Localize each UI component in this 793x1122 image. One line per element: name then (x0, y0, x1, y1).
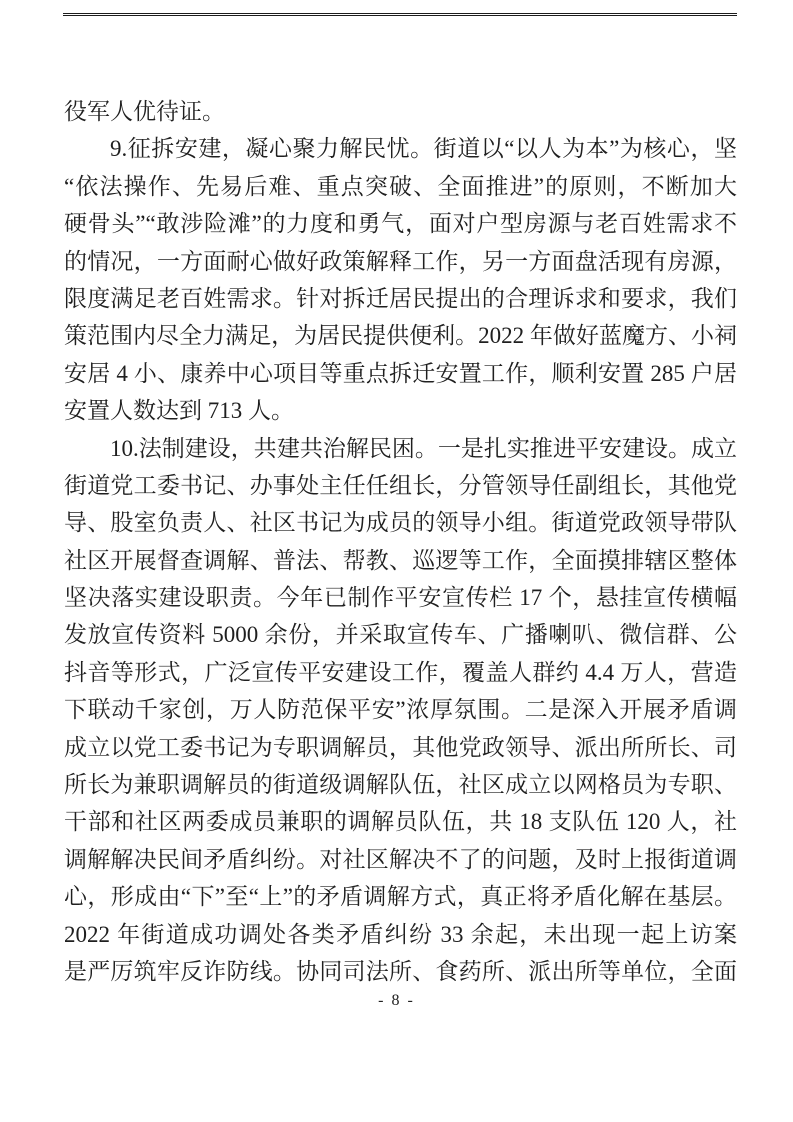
text-line: 导、股室负责人、社区书记为成员的领导小组。街道党政领导带队到各 (64, 504, 737, 541)
text-line: 的情况，一方面耐心做好政策解释工作，另一方面盘活现有房源，最大 (64, 243, 737, 280)
text-line: 9.征拆安建，凝心聚力解民忧。街道以“以人为本”为核心，坚持 (64, 130, 737, 167)
text-line: 街道党工委书记、办事处主任任组长，分管领导任副组长，其他党政领 (64, 467, 737, 504)
page-footer: - 8 - (0, 992, 793, 1010)
text-line: 硬骨头”“敢涉险滩”的力度和勇气，面对户型房源与老百姓需求不符 (64, 205, 737, 242)
text-line: 坚决落实建设职责。今年已制作平安宣传栏 17 个，悬挂宣传横幅 45 幅， (64, 579, 737, 616)
text-line: “依法操作、先易后难、重点突破、全面推进”的原则，不断加大“啃 (64, 168, 737, 205)
text-line: 是严厉筑牢反诈防线。协同司法所、食药所、派出所等单位，全面摸排 (64, 953, 737, 990)
text-line: 役军人优待证。 (64, 93, 737, 130)
text-line: 下联动千家创，万人防范保平安”浓厚氛围。二是深入开展矛盾调解。 (64, 691, 737, 728)
paragraph-item-9: 9.征拆安建，凝心聚力解民忧。街道以“以人为本”为核心，坚持“依法操作、先易后难… (64, 130, 737, 429)
text-line: 10.法制建设，共建共治解民困。一是扎实推进平安建设。成立了以 (64, 430, 737, 467)
text-line: 心，形成由“下”至“上”的矛盾调解方式，真正将矛盾化解在基层。 (64, 878, 737, 915)
paragraph-item-10: 10.法制建设，共建共治解民困。一是扎实推进平安建设。成立了以街道党工委书记、办… (64, 430, 737, 991)
paragraph-continuation: 役军人优待证。 (64, 93, 737, 130)
document-body: 役军人优待证。9.征拆安建，凝心聚力解民忧。街道以“以人为本”为核心，坚持“依法… (64, 93, 737, 990)
document-page: 役军人优待证。9.征拆安建，凝心聚力解民忧。街道以“以人为本”为核心，坚持“依法… (0, 0, 793, 1122)
text-line: 安居 4 小、康养中心项目等重点拆迁安置工作，顺利安置 285 户居民， (64, 355, 737, 392)
text-line: 安置人数达到 713 人。 (64, 392, 737, 429)
text-line: 社区开展督查调解、普法、帮教、巡逻等工作，全面摸排辖区整体情况， (64, 542, 737, 579)
text-line: 2022 年街道成功调处各类矛盾纠纷 33 余起，未出现一起上访案件。三 (64, 916, 737, 953)
text-line: 策范围内尽全力满足，为居民提供便利。2022 年做好蓝魔方、小祠民宿、 (64, 317, 737, 354)
text-line: 成立以党工委书记为专职调解员，其他党政领导、派出所所长、司法所 (64, 729, 737, 766)
header-rule (63, 13, 737, 16)
text-line: 干部和社区两委成员兼职的调解员队伍，共 18 支队伍 120 人，社区积极 (64, 803, 737, 840)
text-line: 所长为兼职调解员的街道级调解队伍，社区成立以网格员为专职、社区 (64, 766, 737, 803)
page-number: - 8 - (378, 992, 415, 1009)
text-line: 限度满足老百姓需求。针对拆迁居民提出的合理诉求和要求，我们在政 (64, 280, 737, 317)
text-line: 抖音等形式，广泛宣传平安建设工作，覆盖人群约 4.4 万人，营造“上 (64, 654, 737, 691)
text-line: 调解解决民间矛盾纠纷。对社区解决不了的问题，及时上报街道调解中 (64, 841, 737, 878)
text-line: 发放宣传资料 5000 余份，并采取宣传车、广播喇叭、微信群、公众号、 (64, 616, 737, 653)
